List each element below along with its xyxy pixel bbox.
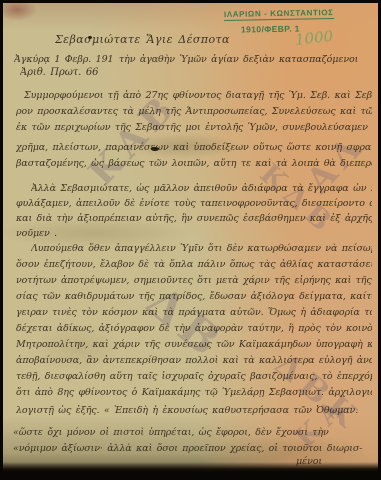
letter-dateline-place: Ἀγκύρᾳ 1 Φεβρ. 1910	[14, 54, 114, 65]
manuscript-line: ὅτι ἀπὸ 8ης φθίνοντος ὁ Καϊμακάμης τῷ Ὑμ…	[16, 387, 372, 398]
archive-number-pencil: 1000	[294, 27, 334, 49]
letter-dateline-greeting: τὴν ἀγαθὴν Ὑμῶν ἁγίαν δεξιὰν κατασπαζόμε…	[119, 54, 371, 65]
archive-name-annotation: ΙΛΑΡΙΩΝ - ΚΩΝΣΤΑΝΤΙΟΣ	[224, 8, 334, 21]
manuscript-line: Λυπούμεθα ὅθεν ἀπαγγέλλειν Ὑμῖν ὅτι δὲν …	[31, 243, 372, 254]
letter-protocol-number: Ἀριθ. Πρωτ. 66	[20, 67, 98, 78]
manuscript-line: Συμμορφούμενοι τῇ ἀπὸ 27ης φθίνοντος δια…	[24, 90, 372, 101]
manuscript-line: σίας τῶν καθιδρυμάτων τῆς πατρίδος, ἔδωσ…	[16, 291, 372, 302]
manuscript-line: ἀποβαίνουσα, ἂν ἀντεπεκρίθησαν πολλοὶ κα…	[16, 355, 372, 366]
scanned-letter-background: ΚΑΒΑΛΚΔΒΔΒΔΒΚΚΑ ΙΛΑΡΙΩΝ - ΚΩΝΣΤΑΝΤΙΟΣ 19…	[0, 0, 381, 480]
manuscript-line: Μητροπολίτην, καὶ χάριν τῆς συνέσεως τῶν…	[16, 339, 372, 350]
manuscript-line: γειραν τινὲς τὸν κόσμον καὶ τὰ πράγματα …	[16, 307, 372, 318]
letter-salutation: Σεβασμιώτατε Ἅγιε Δέσποτα	[55, 33, 230, 46]
letter-page: ΚΑΒΑΛΚΔΒΔΒΔΒΚΚΑ ΙΛΑΡΙΩΝ - ΚΩΝΣΤΑΝΤΙΟΣ 19…	[3, 3, 378, 472]
manuscript-line: δέχεται ἀδίκως, ἀξιόγραφον δὲ τὴν ἀναφορ…	[16, 323, 372, 334]
scan-bottom-shadow	[3, 462, 378, 472]
manuscript-line: Ἀλλὰ Σεβασμιώτατε, ὡς μᾶλλον ἀπειθοῦν ἀδ…	[31, 183, 372, 194]
manuscript-line: ὅσον ἐπεζήτουν, ἔλαβον δὲ τὰ ὅπλα πάλιν …	[16, 259, 372, 270]
manuscript-line: «ὥστε ὄχι μόνον οἱ πιστοὶ ὑπηρέται, ὡς ἔ…	[13, 427, 372, 438]
manuscript-line: νοτήτων ἀποτρέψωμεν, σημειοῦντες ὅτι μετ…	[16, 275, 372, 286]
archive-date-annotation: 1910/ΦΕΒΡ. 1	[241, 23, 300, 34]
manuscript-line: τεθῇ, διεσφαλίσθη αὕτη ταῖς ἰσχυραῖς ὀχυ…	[16, 371, 372, 382]
stain	[3, 3, 37, 21]
manuscript-line: και διὰ τὴν ἀξιοπρέπειαν αὐτῆς, ἣν συνεπ…	[16, 213, 372, 224]
manuscript-line: «νόμιμον ἀξίωσιν· ἀλλὰ καὶ ὅσοι προεῖπον…	[13, 443, 372, 454]
manuscript-line: βασταζομένης, ὡς βάσεως τῶν λοιπῶν, αὕτη…	[16, 158, 372, 169]
manuscript-line: ἐκ τῶν περιχωρίων τῆς Σεβαστῆς μοι ἐντολ…	[16, 122, 372, 133]
manuscript-line: λογιστῇ ὡς ἑξῆς. « Ἐπειδὴ ἡ ἑκουσίως καθ…	[16, 405, 372, 416]
manuscript-line: χρῆμα, πλείστων, παραινέσεων καὶ ὑποδείξ…	[16, 142, 372, 153]
manuscript-line: ρον προσκαλέσαντες τὰ μέλη τῆς Ἀντιπροσω…	[16, 106, 372, 117]
manuscript-line: νοῦμεν .	[16, 228, 86, 239]
manuscript-line: φυλάξαμεν, ἀπειλοῦν δὲ ἐνίοτε τοὺς ταπει…	[16, 198, 372, 209]
